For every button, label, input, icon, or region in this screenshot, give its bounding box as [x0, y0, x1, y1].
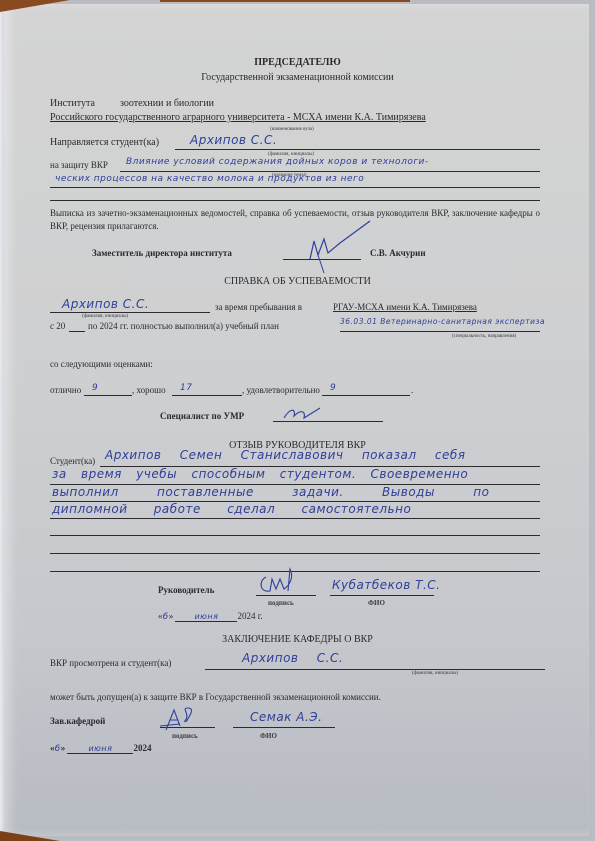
- good-line: [172, 395, 242, 396]
- review-text-4: дипломной работе сделал самостоятельно: [52, 502, 411, 516]
- conclusion-title: ЗАКЛЮЧЕНИЕ КАФЕДРЫ О ВКР: [0, 634, 595, 645]
- topic-line-1: [120, 171, 540, 172]
- admission-text: может быть допущен(а) к защите ВКР в Гос…: [50, 692, 381, 702]
- stay-university: РГАУ-МСХА имени К.А. Тимирязева: [333, 302, 477, 312]
- excellent-label: отлично: [50, 385, 81, 395]
- satisfactory-label: , удовлетворительно: [242, 385, 320, 395]
- supervisor-date-day: 6: [163, 612, 169, 622]
- good-label: , хорошо: [132, 385, 166, 395]
- excellent-line: [84, 395, 132, 396]
- university-name: Российского государственного аграрного у…: [50, 112, 426, 123]
- grades-end: .: [411, 385, 413, 395]
- head-signature: [158, 704, 218, 734]
- topic-handwritten-2: ческих процессов на качество молока и пр…: [55, 174, 364, 184]
- deputy-label: Заместитель директора института: [92, 248, 232, 258]
- header-subtitle: Государственной экзаменационной комиссии: [0, 72, 595, 83]
- reviewed-label: ВКР просмотрена и студент(ка): [50, 658, 171, 668]
- specialist-label: Специалист по УМР: [160, 411, 244, 421]
- supervisor-date-month: июня: [194, 612, 218, 621]
- specialty-handwritten: 36.03.01 Ветеринарно-санитарная эксперти…: [340, 317, 545, 326]
- head-name: Семак А.Э.: [250, 710, 322, 724]
- head-fio-caption: ФИО: [260, 732, 277, 740]
- period-suffix: по 2024 гг. полностью выполнил(а) учебны…: [88, 321, 279, 331]
- attachments-text: Выписка из зачетно-экзаменационных ведом…: [50, 207, 540, 233]
- head-label: Зав.кафедрой: [50, 716, 105, 726]
- review-line-4: [50, 518, 540, 519]
- head-date-month: июня: [88, 744, 112, 753]
- deputy-signature: [300, 215, 380, 275]
- student-label: Направляется студент(ка): [50, 137, 159, 148]
- satisfactory-value: 9: [330, 383, 336, 393]
- grades-intro: со следующими оценками:: [50, 359, 153, 369]
- satisfactory-line: [322, 395, 410, 396]
- review-text-3: выполнил поставленные задачи. Выводы по: [52, 485, 489, 499]
- conclusion-student-handwritten: Архипов С.С.: [242, 651, 343, 665]
- topic-label: на защиту ВКР: [50, 160, 108, 170]
- specialist-signature: [280, 404, 330, 424]
- topic-line-3: [50, 200, 540, 201]
- review-student-label: Студент(ка): [50, 456, 95, 466]
- specialty-caption: (специальность, направления): [452, 334, 516, 339]
- supervisor-fio-caption: ФИО: [368, 599, 385, 607]
- head-fio-line: [233, 727, 335, 728]
- university-caption: (наименование вуза): [270, 127, 314, 132]
- specialty-line: [340, 331, 540, 332]
- student-line: [175, 149, 540, 150]
- progress-student-handwritten: Архипов С.С.: [62, 297, 149, 311]
- supervisor-date: «6» июня2024 г.: [158, 611, 263, 622]
- review-line-6: [50, 553, 540, 554]
- head-date-day: 6: [55, 744, 61, 754]
- review-line-5: [50, 535, 540, 536]
- conclusion-student-line: [205, 669, 545, 670]
- head-date: «6» июня2024: [50, 743, 151, 754]
- review-text-2: за время учебы способным студентом. Свое…: [52, 467, 468, 481]
- progress-title: СПРАВКА ОБ УСПЕВАЕМОСТИ: [0, 276, 595, 287]
- head-signature-caption: подпись: [172, 732, 198, 740]
- topic-handwritten-1: Влияние условий содержания дойных коров …: [126, 157, 429, 167]
- institute-label: Института: [50, 98, 95, 109]
- supervisor-signature: [256, 567, 306, 597]
- topic-line-2: [50, 187, 540, 188]
- institute-value: зоотехнии и биологии: [120, 98, 214, 109]
- period-prefix: с 20: [50, 321, 65, 331]
- progress-student-caption: (фамилия, инициалы): [82, 314, 128, 319]
- period-line: [69, 331, 85, 332]
- progress-student-line: [50, 312, 210, 313]
- supervisor-signature-caption: подпись: [268, 599, 294, 607]
- supervisor-fio-line: [330, 595, 434, 596]
- excellent-value: 9: [92, 383, 98, 393]
- header-title: ПРЕДСЕДАТЕЛЮ: [0, 57, 595, 68]
- supervisor-date-year: 2024 г.: [237, 611, 262, 621]
- deputy-name: С.В. Акчурин: [370, 248, 426, 258]
- stay-text: за время пребывания в: [215, 302, 302, 312]
- table-edge: [160, 0, 410, 2]
- supervisor-label: Руководитель: [158, 585, 214, 595]
- head-date-year: 2024: [133, 743, 151, 753]
- supervisor-name: Кубатбеков Т.С.: [332, 578, 440, 592]
- student-handwritten: Архипов С.С.: [190, 133, 277, 147]
- conclusion-student-caption: (фамилия, инициалы): [412, 671, 458, 676]
- review-text-1: Архипов Семен Станиславович показал себя: [105, 448, 465, 462]
- good-value: 17: [180, 383, 192, 393]
